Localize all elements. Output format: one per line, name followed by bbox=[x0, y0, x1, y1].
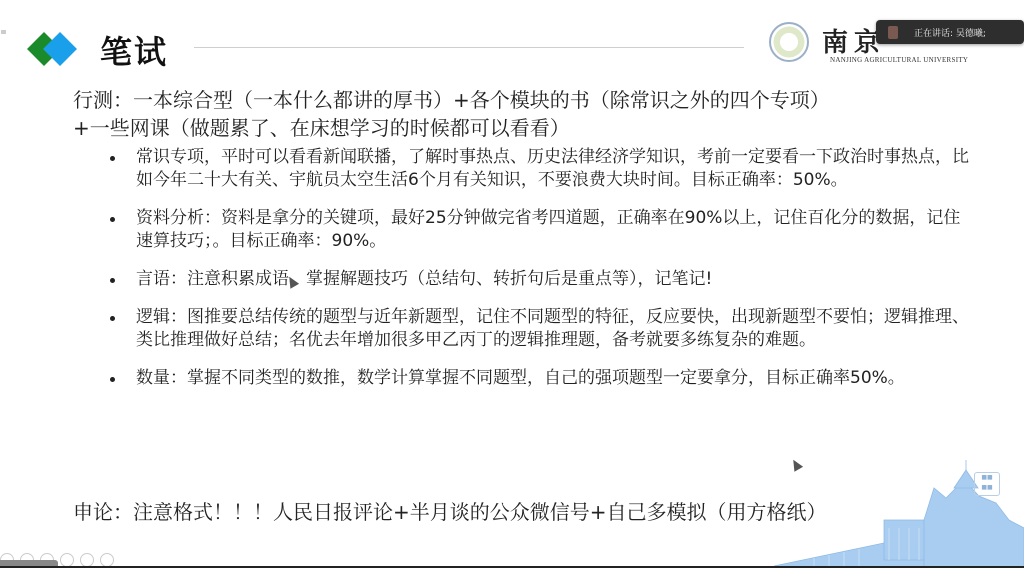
title-divider bbox=[194, 47, 744, 48]
bullet-yanyu: 言语：注意积累成语、掌握解题技巧（总结句、转折句后是重点等），记笔记! bbox=[109, 268, 973, 291]
intro-line: +一些网课（做题累了、在床想学习的时候都可以看看） bbox=[73, 114, 973, 142]
diamond-logo-icon bbox=[28, 29, 80, 69]
presentation-slide: 笔试 南京 NANJING AGRICULTURAL UNIVERSITY 正在… bbox=[0, 0, 1024, 568]
seal-stamp-icon: ■■■■ bbox=[974, 472, 1000, 496]
bullet-ziliao: 资料分析：资料是拿分的关键项，最好25分钟做完省考四道题，正确率在90%以上，记… bbox=[109, 207, 973, 253]
shenlun-line: 申论：注意格式！！！人民日报评论+半月谈的公众微信号+自己多模拟（用方格纸） bbox=[73, 496, 827, 525]
speaker-avatar bbox=[888, 26, 898, 39]
bullet-changshi: 常识专项，平时可以看看新闻联播，了解时事热点、历史法律经济学知识，考前一定要看一… bbox=[109, 146, 973, 192]
university-name-en: NANJING AGRICULTURAL UNIVERSITY bbox=[830, 56, 968, 64]
bullet-list: 常识专项，平时可以看看新闻联播，了解时事热点、历史法律经济学知识，考前一定要看一… bbox=[73, 146, 973, 390]
slide-body: 行测：一本综合型（一本什么都讲的厚书）+各个模块的书（除常识之外的四个专项） +… bbox=[73, 86, 973, 405]
slide-title: 笔试 bbox=[100, 27, 168, 73]
more-options-button[interactable] bbox=[100, 553, 114, 567]
slide-header: 笔试 南京 NANJING AGRICULTURAL UNIVERSITY bbox=[0, 0, 1024, 80]
slides-grid-button[interactable] bbox=[60, 553, 74, 567]
bullet-shuliang: 数量：掌握不同类型的数推，数学计算掌握不同题型，自己的强项题型一定要拿分，目标正… bbox=[109, 367, 973, 390]
xingce-intro: 行测：一本综合型（一本什么都讲的厚书）+各个模块的书（除常识之外的四个专项） +… bbox=[73, 86, 973, 142]
university-emblem-icon bbox=[769, 22, 809, 62]
intro-line: 行测：一本综合型（一本什么都讲的厚书）+各个模块的书（除常识之外的四个专项） bbox=[73, 86, 973, 114]
zoom-button[interactable] bbox=[80, 553, 94, 567]
speaking-indicator[interactable]: 正在讲话: 吴德曦; bbox=[876, 20, 1024, 44]
bullet-luoji: 逻辑：图推要总结传统的题型与近年新题型，记住不同题型的特征，反应要快，出现新题型… bbox=[109, 306, 973, 352]
speaking-text: 正在讲话: 吴德曦; bbox=[914, 26, 986, 39]
